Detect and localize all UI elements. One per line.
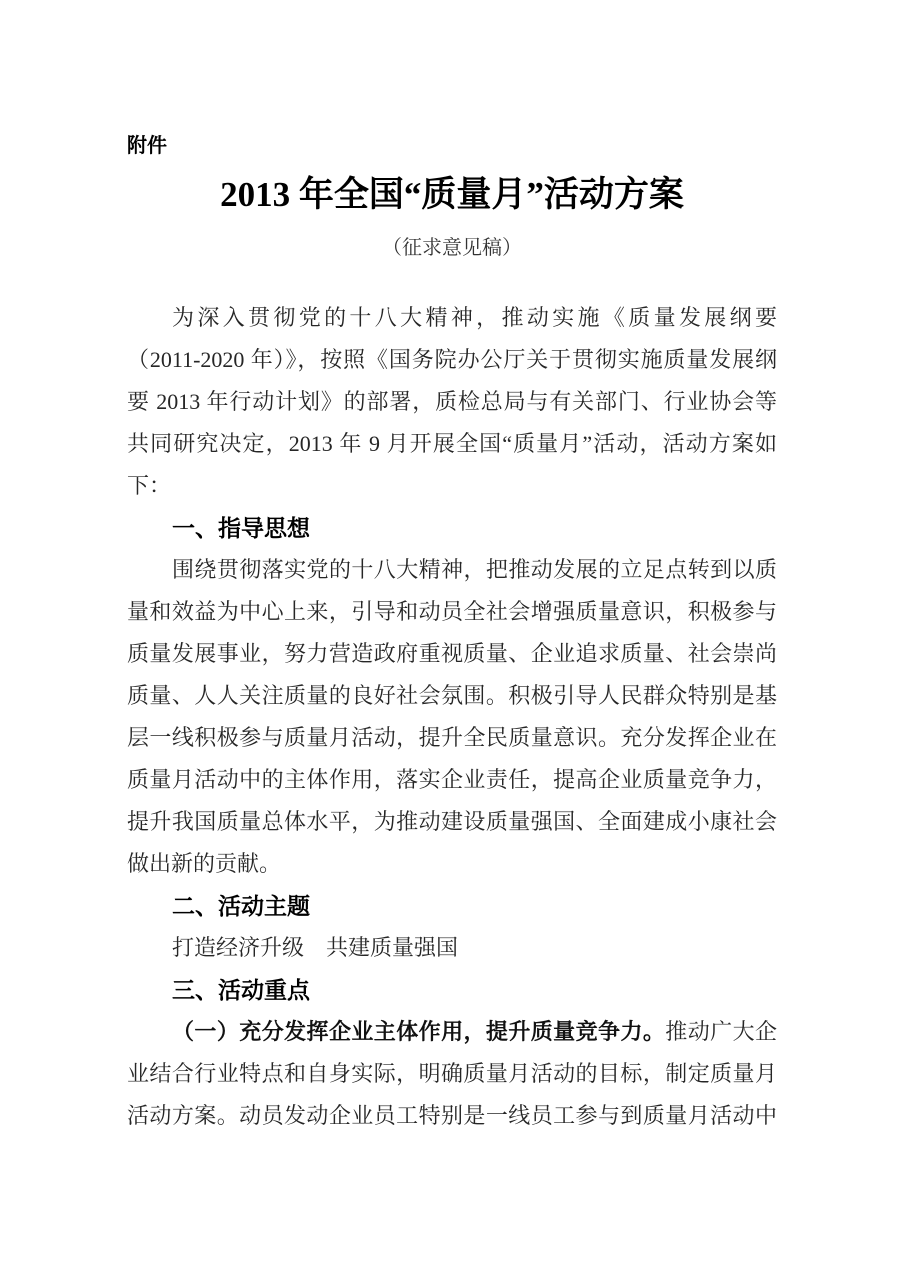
text-line: （2011-2020 年）》，按照《国务院办公厅关于贯彻实施质量发展纲 bbox=[127, 339, 777, 381]
text-line: 下： bbox=[127, 465, 777, 507]
section-heading: 一、指导思想 bbox=[127, 507, 777, 549]
text-line: 要 2013 年行动计划》的部署，质检总局与有关部门、行业协会等 bbox=[127, 381, 777, 423]
text-line: 共同研究决定，2013 年 9 月开展全国“质量月”活动，活动方案如 bbox=[127, 423, 777, 465]
section-heading: 三、活动重点 bbox=[127, 969, 777, 1011]
document-page: 附件 2013 年全国“质量月”活动方案 （征求意见稿） 为深入贯彻党的十八大精… bbox=[0, 0, 900, 1273]
text-line: （一）充分发挥企业主体作用，提升质量竞争力。推动广大企 bbox=[127, 1011, 777, 1053]
text-line: 量和效益为中心上来，引导和动员全社会增强质量意识，积极参与 bbox=[127, 591, 777, 633]
document-subtitle: （征求意见稿） bbox=[127, 230, 777, 266]
text-line: 业结合行业特点和自身实际，明确质量月活动的目标，制定质量月 bbox=[127, 1053, 777, 1095]
text-line: 提升我国质量总体水平，为推动建设质量强国、全面建成小康社会 bbox=[127, 801, 777, 843]
section-heading: 二、活动主题 bbox=[127, 885, 777, 927]
document-content: 附件 2013 年全国“质量月”活动方案 （征求意见稿） 为深入贯彻党的十八大精… bbox=[127, 131, 777, 1137]
text-line: 打造经济升级 共建质量强国 bbox=[127, 927, 777, 969]
bold-text-run: （一）充分发挥企业主体作用，提升质量竞争力。 bbox=[172, 1019, 665, 1044]
text-run: 推动广大企 bbox=[665, 1019, 777, 1044]
document-title: 2013 年全国“质量月”活动方案 bbox=[127, 170, 777, 220]
text-line: 为深入贯彻党的十八大精神，推动实施《质量发展纲要 bbox=[127, 297, 777, 339]
text-line: 质量月活动中的主体作用，落实企业责任，提高企业质量竞争力， bbox=[127, 759, 777, 801]
text-line: 质量、人人关注质量的良好社会氛围。积极引导人民群众特别是基 bbox=[127, 675, 777, 717]
body-paragraph: 为深入贯彻党的十八大精神，推动实施《质量发展纲要（2011-2020 年）》，按… bbox=[127, 297, 777, 507]
text-line: 活动方案。动员发动企业员工特别是一线员工参与到质量月活动中 bbox=[127, 1095, 777, 1137]
body-paragraph: 围绕贯彻落实党的十八大精神，把推动发展的立足点转到以质量和效益为中心上来，引导和… bbox=[127, 549, 777, 885]
text-line: 做出新的贡献。 bbox=[127, 843, 777, 885]
text-line: 层一线积极参与质量月活动，提升全民质量意识。充分发挥企业在 bbox=[127, 717, 777, 759]
body-paragraph: （一）充分发挥企业主体作用，提升质量竞争力。推动广大企业结合行业特点和自身实际，… bbox=[127, 1011, 777, 1137]
attachment-label: 附件 bbox=[127, 131, 777, 161]
text-line: 质量发展事业，努力营造政府重视质量、企业追求质量、社会崇尚 bbox=[127, 633, 777, 675]
text-line: 围绕贯彻落实党的十八大精神，把推动发展的立足点转到以质 bbox=[127, 549, 777, 591]
document-body: 为深入贯彻党的十八大精神，推动实施《质量发展纲要（2011-2020 年）》，按… bbox=[127, 297, 777, 1137]
body-paragraph: 打造经济升级 共建质量强国 bbox=[127, 927, 777, 969]
